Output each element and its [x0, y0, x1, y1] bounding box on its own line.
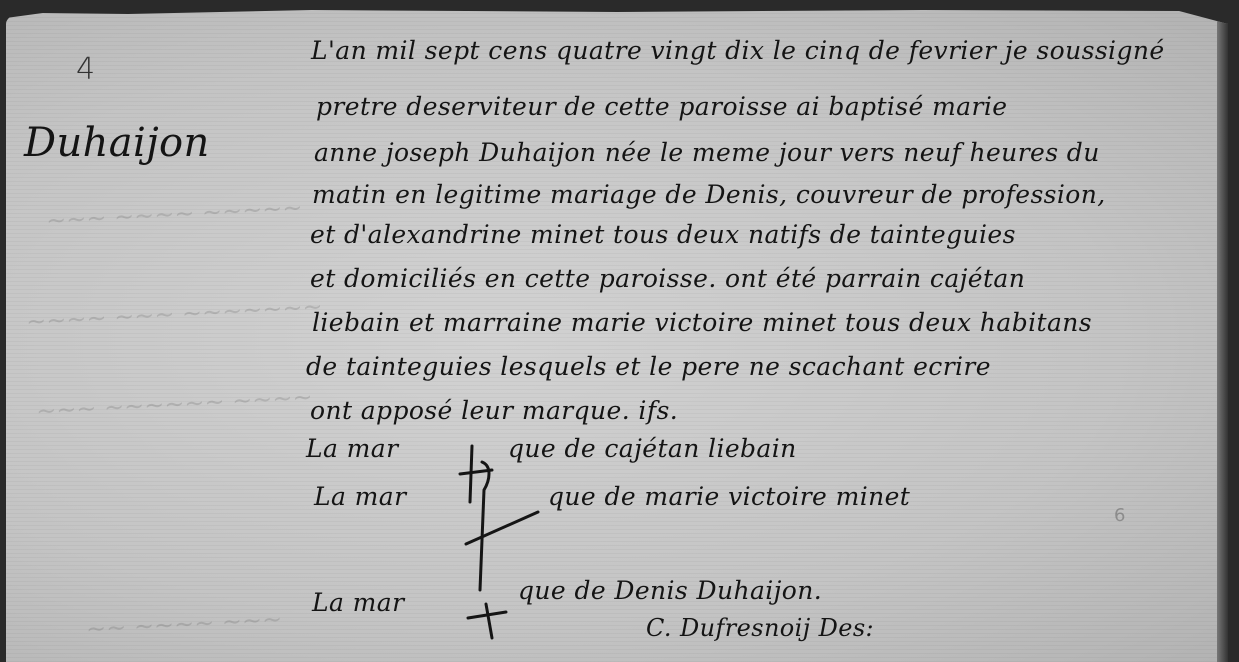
bleed-through-text: ~~~ ~~~~~~ ~~~~: [35, 383, 313, 425]
bleed-through-text: ~~~~ ~~~ ~~~~~~~: [25, 292, 323, 335]
record-line-3: anne joseph Duhaijon née le meme jour ve…: [314, 138, 1100, 167]
priest-signature: C. Dufresnoij Des:: [646, 614, 874, 642]
mark-suffix-godmother: que de marie victoire minet: [548, 482, 910, 511]
record-line-6: et domiciliés en cette paroisse. ont été…: [310, 264, 1025, 293]
folio-number: 4: [76, 52, 96, 87]
record-line-7: liebain et marraine marie victoire minet…: [312, 308, 1092, 337]
mark-prefix-godmother: La mar: [314, 482, 406, 511]
record-line-9: ont apposé leur marque. ifs.: [310, 396, 678, 425]
bleed-through-text: ~~~ ~~~~ ~~~~~: [45, 193, 303, 234]
record-line-4: matin en legitime mariage de Denis, couv…: [312, 180, 1106, 209]
mark-prefix-father: La mar: [312, 588, 404, 617]
bleed-through-text: ~~ ~~~~ ~~~: [85, 605, 282, 643]
mark-prefix-godfather: La mar: [306, 434, 398, 463]
record-line-1: L'an mil sept cens quatre vingt dix le c…: [311, 36, 1165, 65]
register-page: ~~~ ~~~~ ~~~~~ ~~~~ ~~~ ~~~~~~~ ~~~ ~~~~…: [6, 10, 1228, 662]
page-edge-shadow: [1217, 10, 1228, 662]
mark-suffix-father: que de Denis Duhaijon.: [518, 576, 822, 605]
margin-surname: Duhaijon: [24, 120, 210, 166]
record-line-5: et d'alexandrine minet tous deux natifs …: [310, 220, 1016, 249]
faint-pencil-mark: 6: [1114, 505, 1125, 526]
record-line-2: pretre deserviteur de cette paroisse ai …: [316, 92, 1007, 121]
cross-marks-icon: [446, 440, 556, 640]
record-line-8: de tainteguies lesquels et le pere ne sc…: [306, 352, 991, 381]
